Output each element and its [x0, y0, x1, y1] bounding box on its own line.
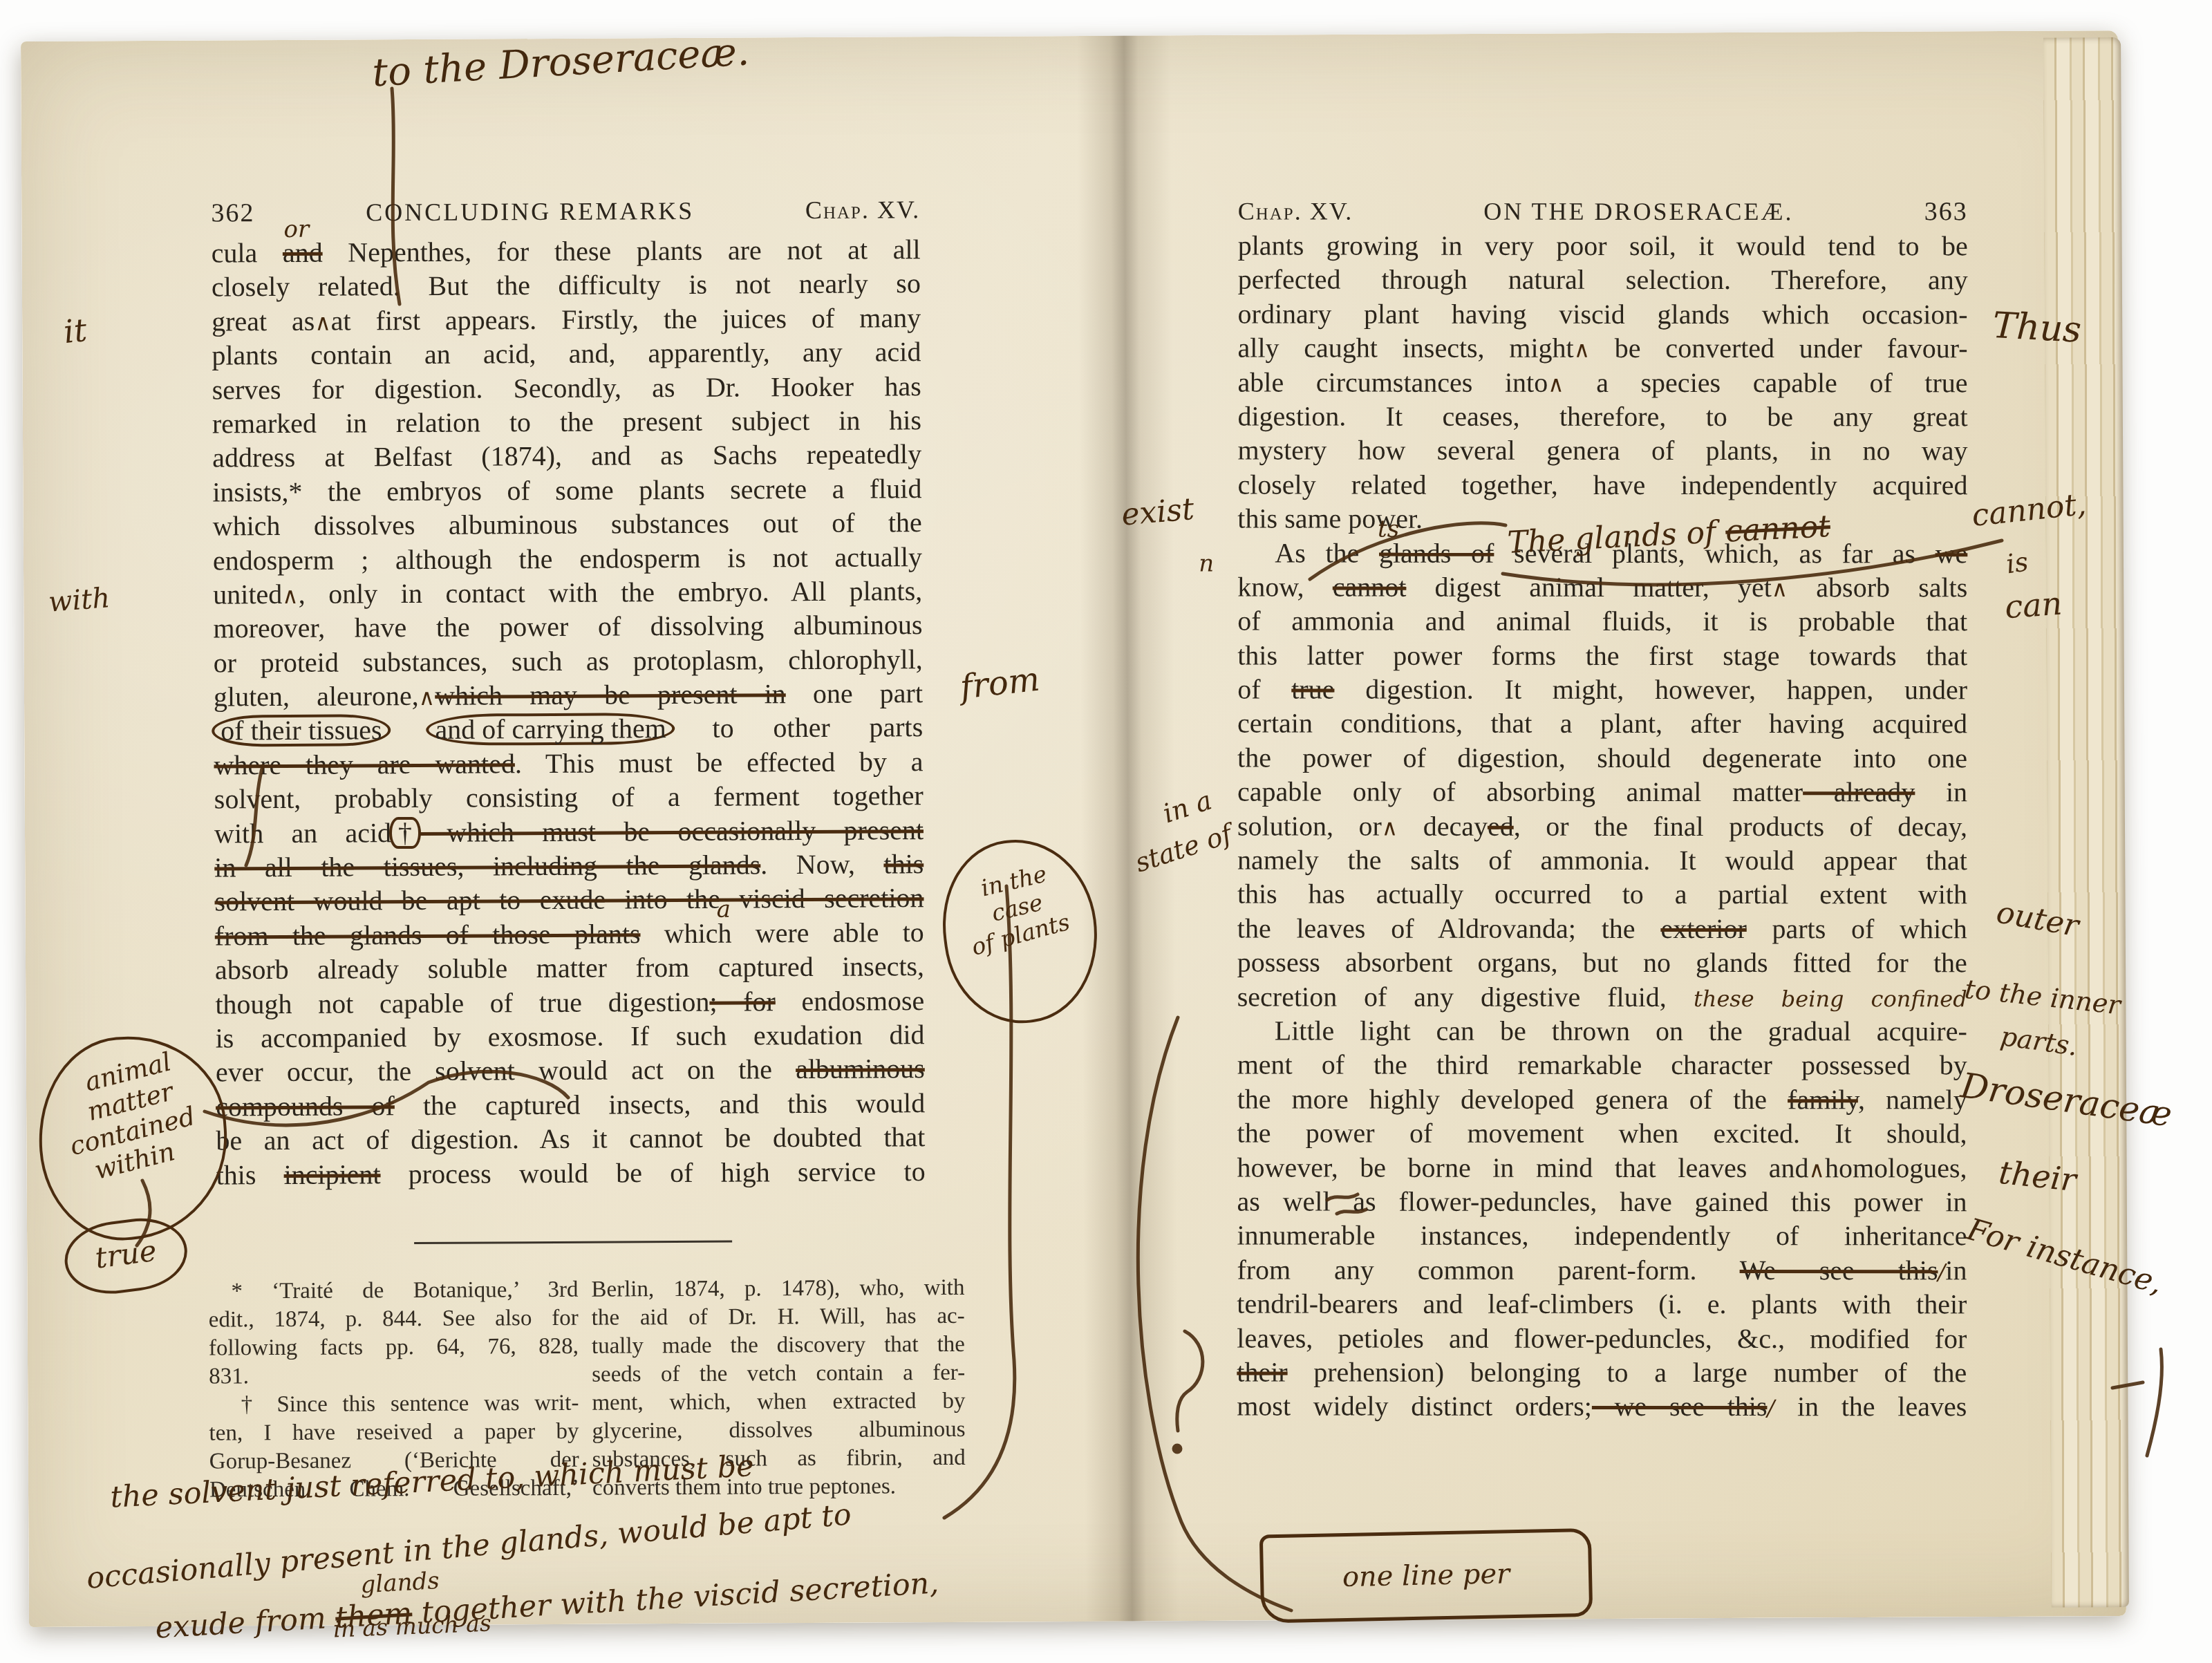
print-text: cula [212, 237, 283, 269]
text-line: of true digestion. It might, however, ha… [1237, 673, 1967, 707]
right-chapter-label: Chap. XV. [1238, 196, 1353, 225]
margin-note-is: is [2004, 546, 2030, 579]
print-text: this [216, 1159, 283, 1191]
struck-text: where they are wanted [214, 748, 515, 780]
text-line: ten, I have reseived a paper by [209, 1418, 579, 1448]
struck-text: ; for [709, 986, 776, 1017]
text-line: ment, which, when extracted by [592, 1387, 965, 1418]
text-line: address at Belfast (1874), and as Sachs … [212, 437, 921, 475]
right-page: Chap. XV. ON THE DROSERACEÆ. 363 plants … [1103, 32, 2123, 1619]
print-text: closely related together, have independe… [1237, 469, 1967, 500]
print-text: the more highly developed genera of the [1237, 1083, 1788, 1115]
margin-note-thus: Thus [1991, 305, 2082, 351]
insert-text: n [1199, 547, 1214, 581]
struck-text: true [1291, 674, 1334, 705]
struck-text: compounds of [216, 1090, 395, 1122]
text-line: nknow, cannot digest animal matter, yet∧… [1237, 570, 1967, 604]
print-text: insists,* the embryos of some plants sec… [212, 473, 921, 507]
text-line: the leaves of Aldrovanda; the exterior p… [1237, 911, 1967, 946]
struck-text: from the glands of those plants [215, 918, 641, 951]
print-text: innumerable instances, independently of … [1237, 1220, 1967, 1252]
book-scan-canvas: to the Droseraceæ. 362 CONCLUDING REMARK… [0, 0, 2212, 1663]
print-text: to other parts [673, 712, 924, 744]
print-text: which dissolves albuminous substances ou… [213, 507, 922, 541]
text-line: ordinary plant having viscid glands whic… [1238, 297, 1968, 331]
text-line: with an acid† which must be occasionally… [214, 813, 924, 851]
margin-note-animal-matter: animal matter contained within [32, 1029, 234, 1246]
text-line: moreover, have the power of dissolving a… [213, 608, 922, 646]
book-spread-paper: to the Droseraceæ. 362 CONCLUDING REMARK… [21, 30, 2126, 1627]
text-line: the power of movement when excited. It s… [1237, 1116, 1967, 1151]
margin-note-their: their [1997, 1154, 2078, 1199]
bottom-note-segment: exude from [154, 1601, 336, 1646]
print-text: possess absorbent organs, but no glands … [1237, 947, 1967, 979]
print-text: as well as flower-peduncles, have gained… [1237, 1185, 1967, 1217]
print-text: ever occur, the solvent would act on the [216, 1053, 796, 1087]
print-text: ment, which, when extracted by [592, 1389, 965, 1416]
right-running-title: ON THE DROSERACEÆ. [1483, 197, 1793, 226]
text-line: of ammonia and animal fluids, it is prob… [1237, 604, 1967, 639]
print-text: endosperm ; although the endosperm is no… [213, 541, 922, 576]
text-line: insists,* the embryos of some plants sec… [212, 471, 921, 509]
insert-text: a [716, 893, 731, 928]
struck-text: exterior [1660, 913, 1746, 944]
print-text: know, [1237, 571, 1332, 602]
print-text: decay [1398, 810, 1488, 841]
hand-mark: these being confined [1667, 986, 1967, 1012]
hand-mark: ∧ [282, 583, 299, 609]
text-line: closely related. But the difficulty is n… [212, 267, 921, 305]
print-text: the leaves of Aldrovanda; the [1237, 912, 1661, 944]
text-line: cula andor Nepenthes, for these plants a… [211, 232, 920, 270]
text-line: † Since this sentence was writ- [209, 1389, 579, 1420]
insert-text: ts [1340, 513, 1399, 547]
print-text: digest animal matter, yet [1406, 572, 1771, 603]
margin-note-with: with [48, 582, 111, 619]
text-line: tually made the discovery that the [592, 1331, 965, 1361]
text-line: able circumstances into∧ a species capab… [1238, 365, 1968, 400]
print-text: plants contain an acid, and, apparently,… [212, 336, 921, 370]
print-text: , only in contact with the embryo. All p… [298, 575, 922, 610]
margin-note-can: can [2004, 585, 2063, 626]
text-line: following facts pp. 64, 76, 828, [209, 1333, 579, 1363]
insert-text: or [283, 212, 309, 247]
print-text: parts of which [1747, 913, 1967, 944]
print-text: ment of the third remarkable character p… [1237, 1049, 1967, 1081]
text-line: solution, or∧ decayed, or the final prod… [1237, 809, 1967, 843]
struck-text: which may be present in [435, 678, 786, 711]
print-text: able circumstances into [1238, 366, 1548, 397]
text-line: the power of digestion, should degenerat… [1237, 740, 1967, 775]
text-line: where they are wanted. This must be effe… [214, 744, 923, 782]
print-text: . Now, [760, 848, 883, 880]
text-line: be an act of digestion. As it cannot be … [216, 1120, 925, 1158]
hand-mark: ∧ [419, 684, 435, 711]
print-text: 831. [209, 1364, 249, 1389]
print-text: prehension) belonging to a large number … [1288, 1356, 1967, 1388]
print-text: perfected through natural selection. The… [1238, 264, 1968, 296]
hand-mark: / [1767, 1395, 1774, 1421]
left-page-body: cula andor Nepenthes, for these plants a… [211, 232, 925, 1192]
margin-note-in-a: in a [1159, 784, 1215, 829]
bottom-note-line-4: in as much as [332, 1609, 491, 1642]
print-text: at first appears. Firstly, the juices of… [331, 302, 921, 336]
print-text: Berlin, 1874, p. 1478), who, with [591, 1275, 964, 1302]
print-text: process would be of high service to [380, 1156, 925, 1190]
text-line: tendril-bearers and leaf-climbers (i. e.… [1237, 1287, 1967, 1322]
struck-text: incipient [284, 1158, 381, 1190]
print-text: . This must be effected by a [515, 746, 924, 779]
struck-text: ed [1488, 810, 1514, 841]
text-line: in all the tissues, including the glands… [214, 847, 924, 885]
text-line: gluten, aleurone,∧which may be present i… [214, 676, 923, 714]
print-text: be converted under favour- [1590, 332, 1968, 364]
struck-text: this [883, 848, 924, 879]
margin-note-outer: outer [1994, 894, 2081, 943]
hand-mark: ∧ [1772, 576, 1788, 602]
text-line: solvent would be apt to exude into the v… [214, 881, 924, 919]
text-line: mystery how several genera of plants, in… [1237, 433, 1967, 468]
hand-mark: / [1938, 1259, 1946, 1285]
text-line: ever occur, the solvent would act on the… [216, 1052, 925, 1090]
text-line: plants growing in very poor soil, it wou… [1238, 228, 1968, 263]
text-line: of their tissues and of carrying them to… [214, 711, 923, 749]
print-text [388, 714, 428, 745]
text-line: glycerine, dissolves albuminous [592, 1416, 965, 1446]
print-text: solvent, probably consisting of a fermen… [214, 780, 924, 814]
struck-text: we [1935, 538, 1968, 569]
print-text: address at Belfast (1874), and as Sachs … [212, 438, 921, 473]
struck-text: in all the tissues, including the glands [214, 849, 760, 883]
text-line: the more highly developed genera of the … [1237, 1082, 1967, 1116]
hand-mark: ∧ [1574, 337, 1590, 363]
top-annotation: to the Droseraceæ. [371, 29, 751, 95]
hand-mark: ∧ [1382, 814, 1398, 840]
footnote-rule [414, 1241, 732, 1244]
struck-text: albuminous [796, 1053, 925, 1085]
text-line: secretion of any digestive fluid, these … [1237, 979, 1967, 1014]
text-line: ment of the third remarkable character p… [1237, 1048, 1967, 1082]
struck-text: already [1803, 776, 1915, 807]
print-text: in [1915, 777, 1967, 808]
text-line: is accompanied by exosmose. If such exud… [215, 1017, 924, 1055]
struck-text: their [1237, 1356, 1287, 1387]
margin-note-state-of: state of [1132, 818, 1236, 878]
text-line: as well as flower-peduncles, have gained… [1237, 1184, 1967, 1219]
print-text: this has actually occurred to a partial … [1237, 879, 1967, 910]
hand-mark: ∧ [315, 309, 331, 335]
circled-text: of their tissues [212, 715, 391, 747]
print-text: following facts pp. 64, 76, 828, [209, 1334, 579, 1361]
print-text: namely the salts of ammonia. It would ap… [1237, 844, 1967, 876]
text-line: from any common parent-form. We see this… [1237, 1252, 1967, 1287]
margin-note-parts: parts. [1998, 1021, 2079, 1062]
print-text: digestion. It ceases, therefore, to be a… [1237, 400, 1967, 432]
struck-text: cannot [1333, 571, 1407, 602]
right-page-body: plants growing in very poor soil, it wou… [1237, 228, 1968, 1424]
text-line: serves for digestion. Secondly, as Dr. H… [212, 369, 921, 407]
print-text: capable only of absorbing animal matter [1237, 776, 1803, 808]
print-text: a species capable of true [1564, 366, 1968, 398]
text-line: capable only of absorbing animal matter … [1237, 775, 1967, 809]
text-line: or proteid substances, such as protoplas… [214, 642, 923, 680]
text-line: absorb already soluble matter from captu… [215, 949, 924, 987]
hand-mark: ∧ [1809, 1156, 1825, 1183]
hand-mark: ∧ [1548, 370, 1564, 397]
print-text: is accompanied by exosmose. If such exud… [215, 1019, 924, 1053]
text-line: * ‘Traité de Botanique,’ 3rd [208, 1276, 578, 1306]
text-line: though not capable of true digestion; fo… [215, 984, 924, 1022]
text-line: compounds of the captured insects, and t… [216, 1086, 925, 1124]
print-text: plants growing in very poor soil, it wou… [1238, 229, 1968, 261]
text-line: possess absorbent organs, but no glands … [1237, 946, 1967, 980]
circled-text: † [389, 817, 421, 849]
print-text: closely related. But the difficulty is n… [212, 268, 921, 303]
text-line: certain conditions, that a plant, after … [1237, 706, 1967, 741]
print-text: ordinary plant having viscid glands whic… [1238, 298, 1968, 330]
text-line: however, be borne in mind that leaves an… [1237, 1150, 1967, 1185]
print-text: of ammonia and animal fluids, it is prob… [1237, 605, 1967, 637]
print-text: were able to [756, 917, 924, 948]
print-text: in the leaves [1774, 1391, 1967, 1422]
print-text: seeds of the vetch contain a fer- [592, 1360, 965, 1387]
text-line: digestion. It ceases, therefore, to be a… [1237, 399, 1967, 433]
print-text: united [213, 579, 282, 610]
print-text: serves for digestion. Secondly, as Dr. H… [212, 370, 921, 405]
bottom-note-glands-insert: glands [360, 1567, 440, 1599]
print-text: moreover, have the power of dissolving a… [213, 609, 922, 643]
print-text: solution, or [1237, 810, 1382, 841]
right-page-header: Chap. XV. ON THE DROSERACEÆ. 363 [1238, 196, 1968, 227]
right-page-number: 363 [1924, 196, 1968, 227]
print-text: endosmose [776, 985, 925, 1017]
text-line: from the glands of those plants which aw… [215, 915, 924, 953]
print-text: Nepenthes, for these plants are not at a… [323, 234, 921, 268]
text-line: most widely distinct orders; we see this… [1237, 1389, 1967, 1424]
print-text: ten, I have reseived a paper by [209, 1419, 579, 1446]
text-line: the aid of Dr. H. Will, has ac- [592, 1302, 965, 1333]
print-text: mystery how several genera of plants, in… [1237, 435, 1967, 467]
text-line: which dissolves albuminous substances ou… [213, 505, 922, 543]
left-chapter-label: Chap. XV. [805, 195, 921, 225]
print-text: glycerine, dissolves albuminous [592, 1417, 965, 1444]
text-line: 831. [209, 1361, 579, 1391]
text-line: seeds of the vetch contain a fer- [592, 1359, 965, 1389]
text-line: ally caught insects, might∧ be converted… [1238, 331, 1968, 366]
print-text: the aid of Dr. H. Will, has ac- [592, 1304, 965, 1331]
print-text: * ‘Traité de Botanique,’ 3rd [208, 1277, 578, 1304]
text-line: edit., 1874, p. 844. See also for [209, 1304, 579, 1335]
print-text: edit., 1874, p. 844. See also for [209, 1306, 579, 1333]
text-line: solvent, probably consisting of a fermen… [214, 778, 924, 816]
print-text: though not capable of true digestion [215, 986, 709, 1020]
circled-text: and of carrying them [426, 713, 675, 746]
text-line: plants contain an acid, and, apparently,… [212, 335, 921, 373]
text-line: Little light can be thrown on the gradua… [1237, 1013, 1967, 1048]
margin-note-cannot: cannot, [1970, 487, 2088, 534]
print-text: from any common parent-form. [1237, 1254, 1739, 1286]
struck-text: which must be occasionally present [419, 814, 924, 848]
print-text: of [1237, 674, 1291, 705]
struck-text: We see this [1740, 1255, 1938, 1286]
text-line: this has actually occurred to a partial … [1237, 877, 1967, 912]
text-line: their prehension) belonging to a large n… [1237, 1355, 1967, 1389]
left-running-title: CONCLUDING REMARKS [366, 196, 694, 227]
print-text: remarked in relation to the present subj… [212, 404, 921, 439]
text-line: great as∧at first appears. Firstly, the … [212, 301, 921, 339]
print-text: one part [786, 677, 923, 709]
text-line: namely the salts of ammonia. It would ap… [1237, 843, 1967, 877]
margin-note-droseraceae: Droseraceæ [1958, 1065, 2175, 1135]
print-text: † Since this sentence was writ- [209, 1391, 579, 1418]
text-line: perfected through natural selection. The… [1238, 263, 1968, 297]
margin-note-to-the-inner: to the inner [1963, 974, 2122, 1021]
print-text: the power of movement when excited. It s… [1237, 1118, 1967, 1149]
print-text: ally caught insects, might [1238, 332, 1574, 364]
print-text: absorb already soluble matter from captu… [215, 950, 924, 985]
print-text: be an act of digestion. As it cannot be … [216, 1121, 925, 1156]
margin-note-from: from [958, 659, 1042, 706]
print-text: , namely [1858, 1084, 1967, 1115]
print-text: absorb salts [1788, 572, 1967, 603]
print-text: gluten, aleurone, [214, 680, 419, 713]
print-text: in [1945, 1255, 1967, 1286]
print-text: certain conditions, that a plant, after … [1237, 708, 1967, 740]
print-text: tually made the discovery that the [592, 1332, 965, 1359]
text-line: this latter power forms the first stage … [1237, 638, 1967, 673]
print-text: the power of digestion, should degenerat… [1237, 742, 1967, 773]
struck-text: family [1788, 1084, 1858, 1115]
print-text: , or the final products of decay, [1514, 810, 1967, 842]
print-text: with an acid [214, 817, 391, 849]
left-page-number: 362 [211, 198, 254, 228]
margin-note-it: it [62, 311, 88, 350]
text-line: innumerable instances, independently of … [1237, 1219, 1967, 1253]
struck-text: solvent would be apt to exude into the v… [214, 883, 924, 917]
print-text: Little light can be thrown on the gradua… [1275, 1015, 1967, 1046]
print-text: most widely distinct orders; [1237, 1391, 1592, 1422]
print-text: great as [212, 306, 315, 337]
boxed-note-one-line: one line per [1259, 1528, 1593, 1624]
left-page-header: 362 CONCLUDING REMARKS Chap. XV. [211, 194, 920, 228]
print-text: the captured insects, and this would [395, 1087, 925, 1121]
print-text: or proteid substances, such as protoplas… [214, 643, 923, 678]
text-line: remarked in relation to the present subj… [212, 403, 921, 441]
print-text: secretion of any digestive fluid, [1237, 981, 1667, 1013]
struck-text: we see this [1592, 1391, 1768, 1422]
print-text: digestion. It might, however, happen, un… [1334, 674, 1967, 706]
text-line: this incipient process would be of high … [216, 1154, 925, 1192]
text-line: Berlin, 1874, p. 1478), who, with [591, 1274, 964, 1304]
text-line: leaves, petioles and flower-peduncles, &… [1237, 1321, 1967, 1355]
print-text: however, be borne in mind that leaves an… [1237, 1152, 1809, 1183]
print-text: which [640, 917, 756, 949]
text-line: united∧, only in contact with the embryo… [213, 574, 922, 612]
print-text: tendril-bearers and leaf-climbers (i. e.… [1237, 1288, 1967, 1320]
text-line: closely related together, have independe… [1237, 467, 1967, 502]
insert-struck-word: cannot [1725, 509, 1831, 549]
margin-note-for-instance: For instance, [1963, 1212, 2166, 1302]
print-text: leaves, petioles and flower-peduncles, &… [1237, 1322, 1967, 1354]
print-text: homologues, [1825, 1152, 1967, 1183]
margin-note-exist: exist [1120, 491, 1195, 533]
print-text: this latter power forms the first stage … [1237, 639, 1967, 671]
text-line: endosperm ; although the endosperm is no… [213, 540, 922, 578]
